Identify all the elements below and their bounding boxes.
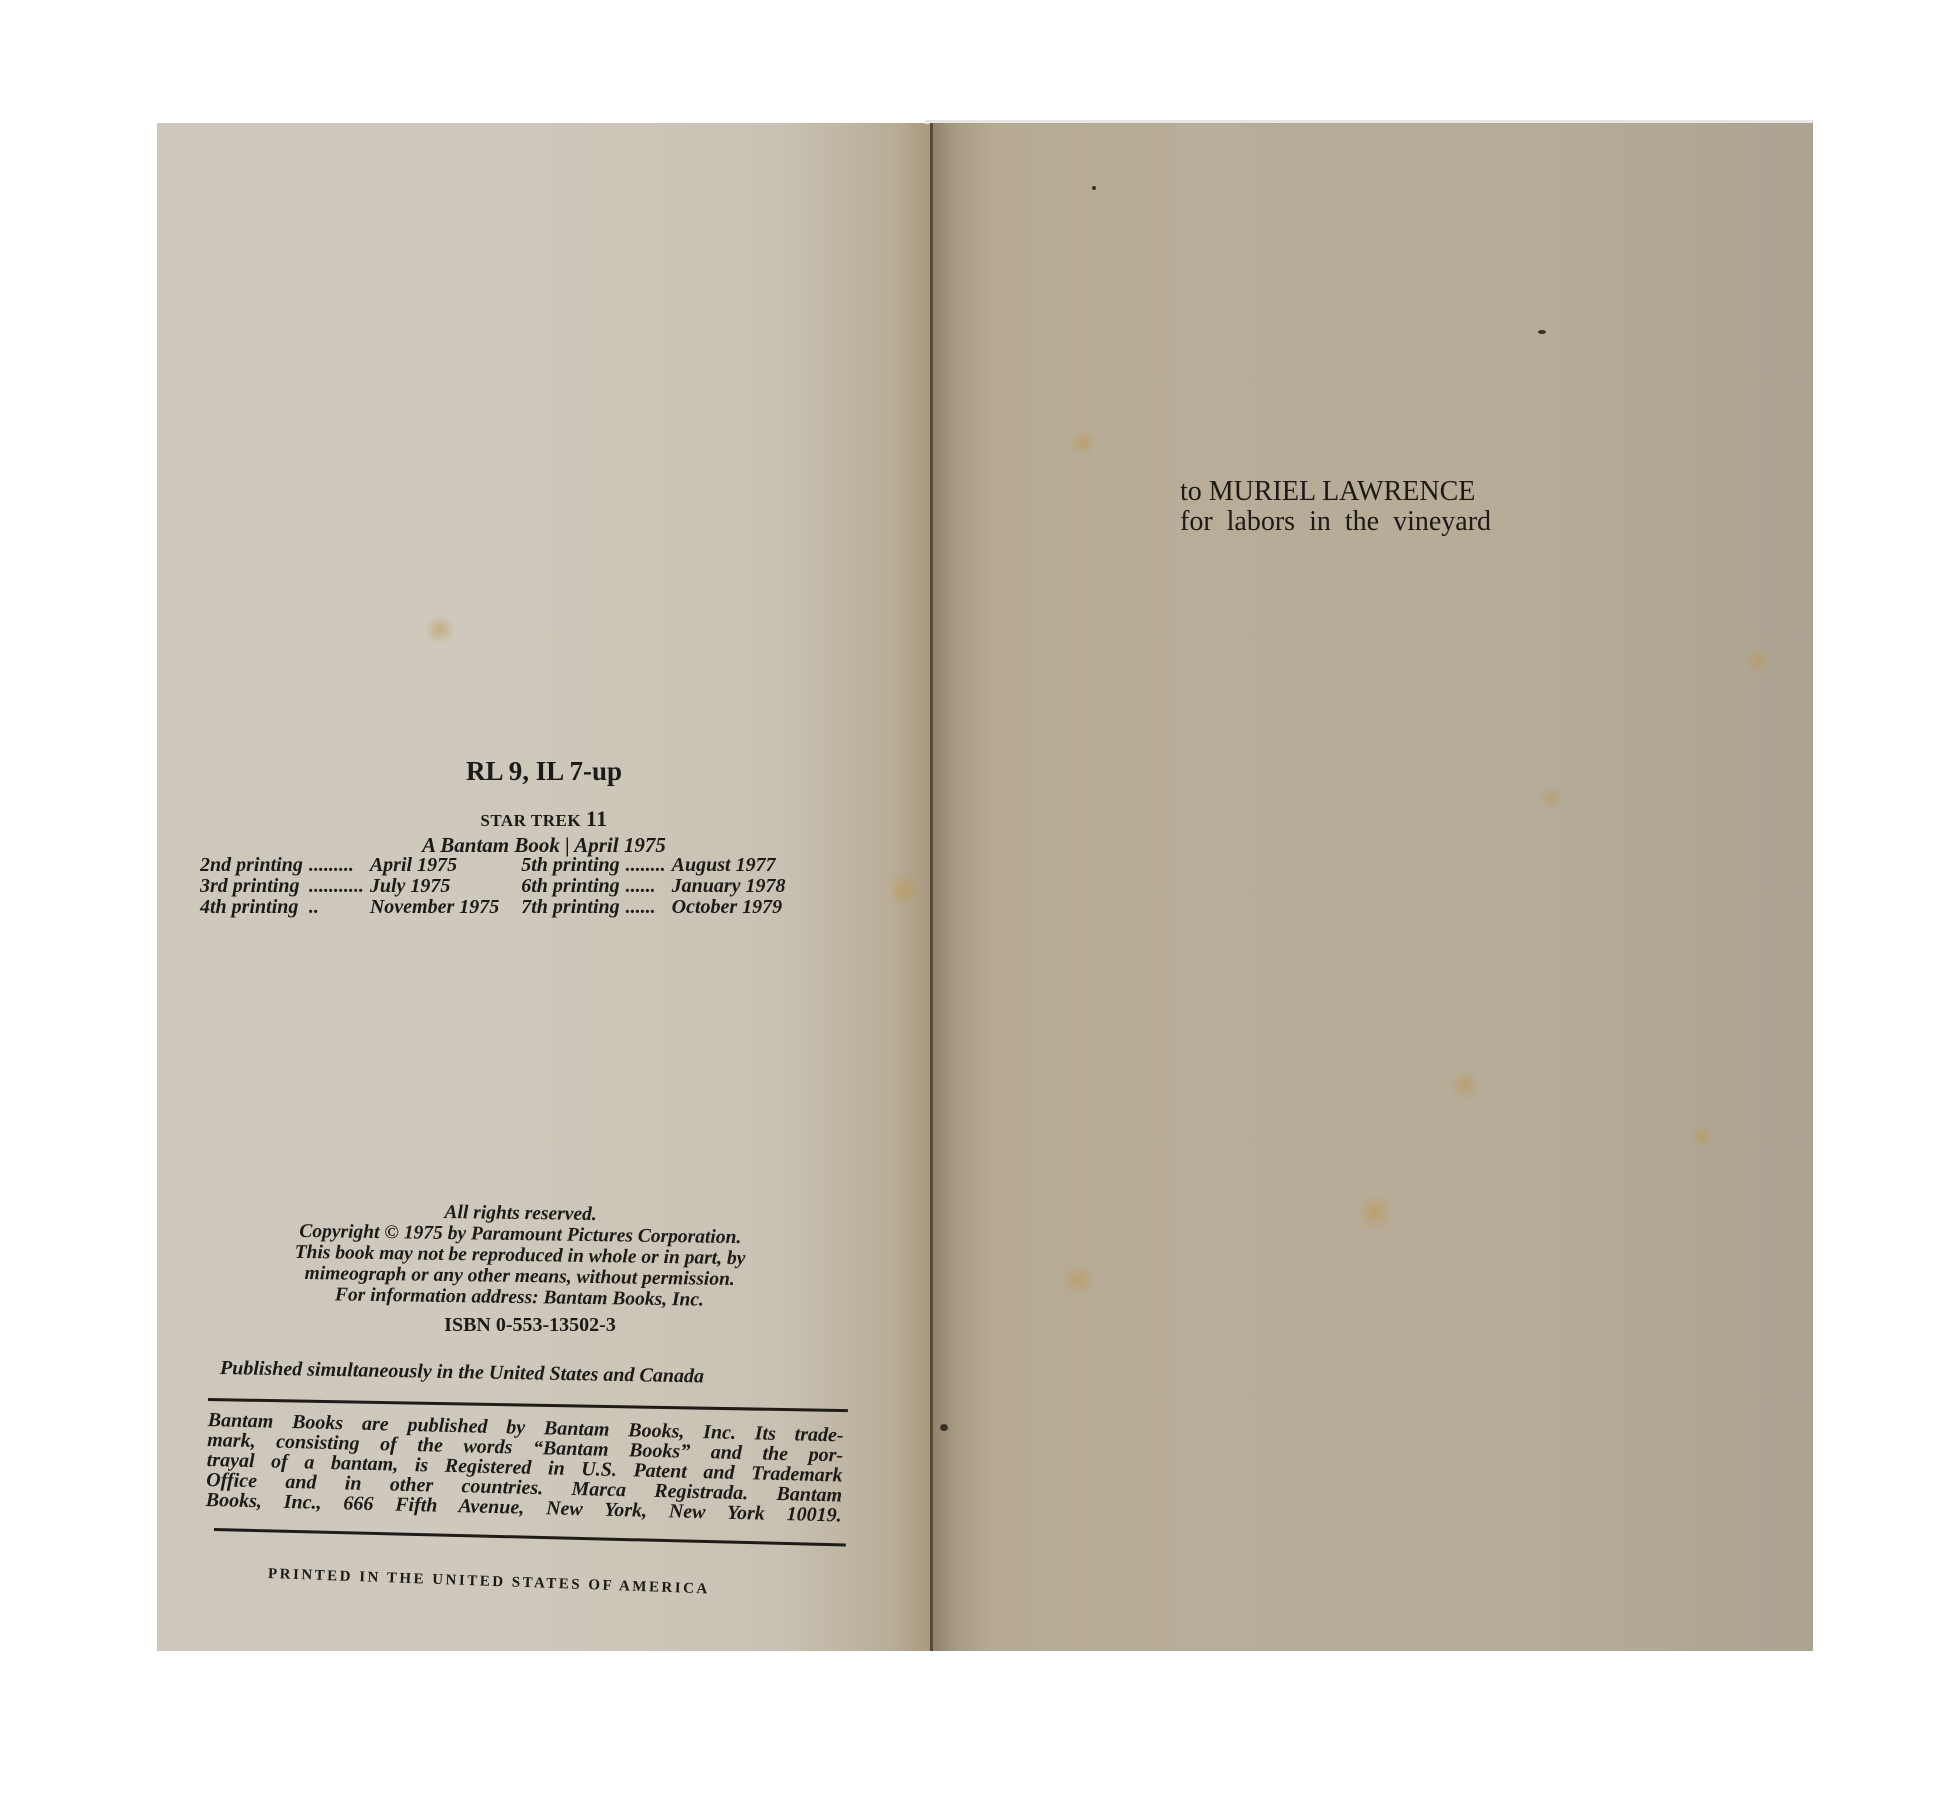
printing-edition: 5th printing xyxy=(521,855,619,876)
printing-edition: 4th printing xyxy=(200,897,303,918)
leader-dots: ...... xyxy=(620,897,672,918)
foxing-stain xyxy=(1450,1070,1480,1100)
isbn: ISBN 0-553-13502-3 xyxy=(200,1314,860,1337)
printing-history: 2nd printing ......... April 1975 5th pr… xyxy=(200,855,786,918)
printing-date: August 1977 xyxy=(672,855,786,876)
dedication-message: for labors in the vineyard xyxy=(1180,507,1491,537)
printing-edition: 2nd printing xyxy=(200,855,303,876)
series-label: STAR TREK xyxy=(480,811,581,830)
series-title: STAR TREK 11 xyxy=(157,806,931,832)
foxing-stain xyxy=(1690,1125,1714,1149)
foxing-stain xyxy=(1060,1265,1096,1295)
printing-date: April 1975 xyxy=(370,855,521,876)
foxing-stain xyxy=(1355,1195,1395,1231)
printing-edition: 7th printing xyxy=(521,897,619,918)
leader-dots: ......... xyxy=(303,855,370,876)
printing-row: 3rd printing ........... July 1975 6th p… xyxy=(200,876,786,897)
paper-speck xyxy=(1538,330,1546,334)
dedication: to MURIEL LAWRENCE for labors in the vin… xyxy=(1180,477,1491,537)
leader-dots: ...... xyxy=(620,876,672,897)
right-page-dedication xyxy=(931,123,1813,1651)
reading-level: RL 9, IL 7-up xyxy=(157,756,931,787)
foxing-stain xyxy=(1070,430,1096,456)
paper-speck xyxy=(1092,186,1096,190)
printing-edition: 6th printing xyxy=(521,876,619,897)
paper-speck xyxy=(940,1424,948,1431)
leader-dots: ........... xyxy=(303,876,370,897)
printing-row: 2nd printing ......... April 1975 5th pr… xyxy=(200,855,786,876)
leader-dots: .. xyxy=(303,897,370,918)
printing-row: 4th printing .. November 1975 7th printi… xyxy=(200,897,786,918)
printing-date: July 1975 xyxy=(370,876,521,897)
copyright-notice: All rights reserved. Copyright © 1975 by… xyxy=(199,1199,840,1313)
printing-date: October 1979 xyxy=(672,897,786,918)
foxing-stain xyxy=(1745,648,1771,674)
series-number: 11 xyxy=(586,806,608,831)
book-gutter xyxy=(930,123,933,1651)
dedication-recipient: to MURIEL LAWRENCE xyxy=(1180,477,1491,507)
trademark-notice: Bantam Books are published by Bantam Boo… xyxy=(206,1410,844,1526)
foxing-stain xyxy=(1540,787,1562,809)
printing-edition: 3rd printing xyxy=(200,876,303,897)
foxing-stain xyxy=(425,615,455,645)
printing-date: November 1975 xyxy=(370,897,521,918)
foxing-stain xyxy=(890,870,918,910)
leader-dots: ........ xyxy=(620,855,672,876)
printing-date: January 1978 xyxy=(672,876,786,897)
